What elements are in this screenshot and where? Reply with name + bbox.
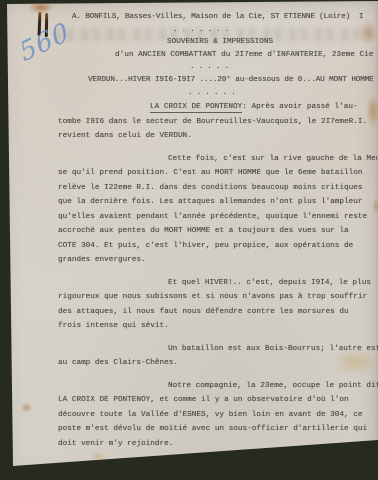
typed-line: LA CROIX DE PONTENOY: Après avoir passé …: [150, 100, 378, 115]
typed-line: rigoureux que nous subissons et si nous …: [58, 290, 378, 305]
typed-line: Un bataillon est aux Bois-Bourrus; l'aut…: [168, 342, 378, 357]
typed-line: des attaques, il nous faut nous défendre…: [58, 305, 378, 320]
typed-line: revient dans celui de VERDUN.: [58, 129, 378, 144]
document-header-line: A. BONFILS, Basses-Villes, Maison de la …: [72, 11, 378, 24]
foxing-stain: [20, 402, 33, 413]
typed-line: relève le I22eme R.I. dans des condition…: [58, 181, 378, 196]
typed-line: découvre toute la Vallée d'ESNES, vy bie…: [58, 408, 378, 423]
typed-line: tombe I9I6 dans le secteur de Bourreuill…: [58, 115, 378, 130]
separator-dots: .....: [190, 61, 378, 74]
document-subtitle: d'un ANCIEN COMBATTANT du 2I7eme d'INFAN…: [115, 49, 378, 62]
typed-line: Notre compagnie, la 23eme, occupe le poi…: [168, 379, 378, 394]
typed-line: frois intense qui sévit.: [58, 319, 378, 334]
typed-line: Cette fois, c'est sur la rive gauche de …: [168, 152, 378, 167]
typed-line: grandes envergures.: [58, 253, 378, 268]
typed-line: qu'elles avaient pendant l'année précéde…: [58, 210, 378, 225]
typed-line: se qu'il prend position. C'est au MORT H…: [58, 166, 378, 181]
typed-line: LA CROIX DE PONTENOY, et comme il y a un…: [58, 393, 378, 408]
typed-text-area: A. BONFILS, Basses-Villes, Maison de la …: [58, 11, 378, 451]
document-page: A. BONFILS, Basses-Villes, Maison de la …: [0, 0, 378, 480]
typed-line: COTE 304. Et puis, c'est l'hiver, peu pr…: [58, 239, 378, 254]
typed-line: poste m'est dévolu de moitié avec un sou…: [58, 422, 378, 437]
document-heading-verdun: VERDUN...HIVER I9I6-I9I7 ....20° au-dess…: [88, 74, 378, 87]
separator-dots: ......: [188, 87, 378, 100]
typed-line: doit venir m'y rejoindre.: [58, 437, 378, 452]
typed-line: au camp des Clairs-Chênes.: [58, 356, 378, 371]
document-title: SOUVENIRS & IMPRESSIONS: [167, 36, 378, 49]
underlined-heading: LA CROIX DE PONTENOY: [150, 103, 242, 113]
typed-line: accroché aux pentes du MORT HOMME et a t…: [58, 224, 378, 239]
typed-line: Et quel HIVER!.. c'est, depuis I9I4, le …: [168, 276, 378, 291]
separator-dots: .......: [173, 24, 378, 37]
typed-body-block: LA CROIX DE PONTENOY: Après avoir passé …: [58, 100, 378, 451]
typed-line: que la dernière fois. Les attaques allem…: [58, 195, 378, 210]
scan-background: { "colors":{"bg":"#262a1f","paper":"#d7d…: [0, 0, 378, 480]
foxing-stain: [90, 452, 106, 461]
foxing-stain: [2, 438, 14, 451]
typed-header-block: A. BONFILS, Basses-Villes, Maison de la …: [58, 11, 378, 99]
